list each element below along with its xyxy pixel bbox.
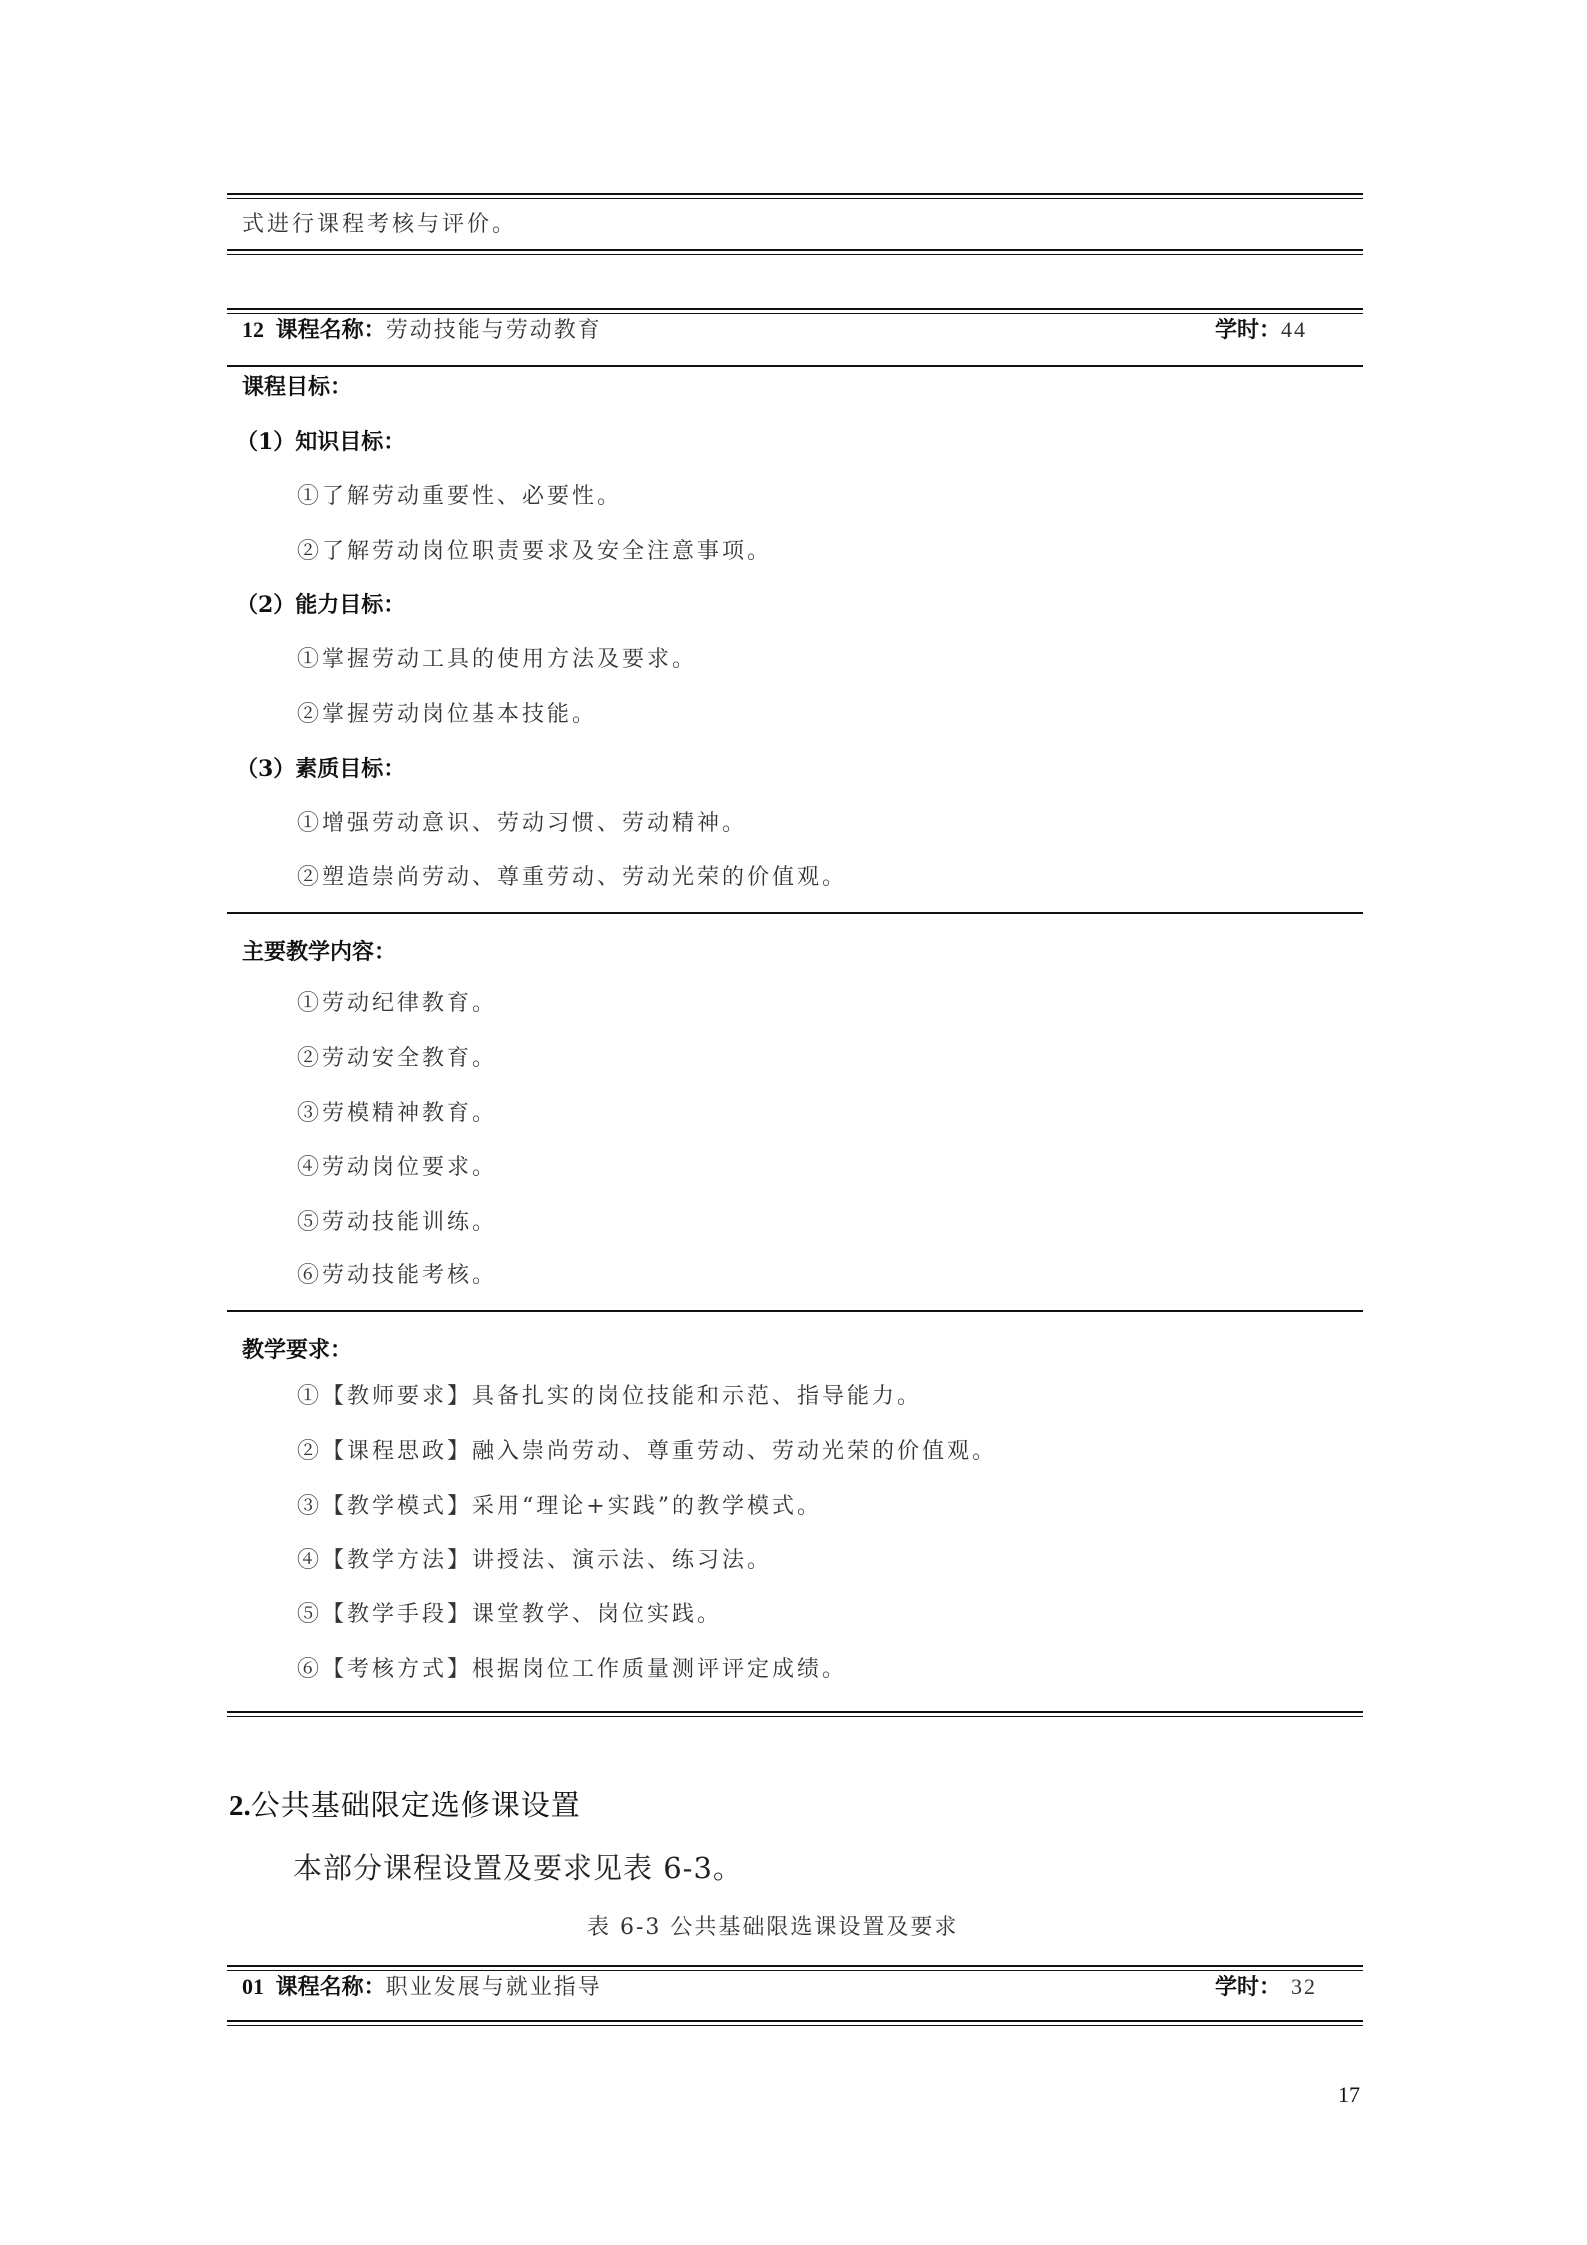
previous-course-tail-text: 式进行课程考核与评价。 [242, 211, 517, 239]
requirement-text: 具备扎实的岗位技能和示范、指导能力。 [472, 1384, 922, 1409]
table-top-rule [227, 193, 1363, 199]
requirement-text: 根据岗位工作质量测评评定成绩。 [472, 1657, 847, 1682]
course-name-label: 课程名称： [276, 317, 386, 343]
hours-label: 学时： [1215, 317, 1281, 343]
hours-label: 学时： [1215, 1974, 1281, 2000]
requirement-item: ⑥【考核方式】根据岗位工作质量测评评定成绩。 [297, 1656, 847, 1684]
content-item: ①劳动纪律教育。 [297, 990, 497, 1018]
course-01-top-rule [227, 1965, 1363, 1971]
objective-item: ①掌握劳动工具的使用方法及要求。 [297, 646, 697, 674]
course-name: 职业发展与就业指导 [386, 1975, 602, 2000]
course-name: 劳动技能与劳动教育 [386, 318, 602, 343]
content-item: ⑤劳动技能训练。 [297, 1209, 497, 1237]
requirement-tag: 【教师要求】 [322, 1384, 472, 1409]
objective-item: ②了解劳动岗位职责要求及安全注意事项。 [297, 538, 772, 566]
course-name-label: 课程名称： [276, 1974, 386, 2000]
page-number: 17 [1338, 2082, 1360, 2108]
section-heading: 2.公共基础限定选修课设置 [229, 1788, 581, 1823]
requirement-number: ④ [297, 1548, 322, 1573]
content-item: ③劳模精神教育。 [297, 1100, 497, 1128]
requirement-text: 讲授法、演示法、练习法。 [472, 1548, 772, 1573]
hours-value: 32 [1291, 1974, 1317, 1999]
requirement-number: ② [297, 1439, 322, 1464]
content-item: ⑥劳动技能考核。 [297, 1262, 497, 1290]
requirement-tag: 【教学方法】 [322, 1548, 472, 1573]
requirement-item: ⑤【教学手段】课堂教学、岗位实践。 [297, 1601, 722, 1629]
objective-item: ②塑造崇尚劳动、尊重劳动、劳动光荣的价值观。 [297, 864, 847, 892]
requirement-text: 融入崇尚劳动、尊重劳动、劳动光荣的价值观。 [472, 1439, 997, 1464]
objective-item: ①了解劳动重要性、必要性。 [297, 483, 622, 511]
table-caption: 表 6-3 公共基础限选课设置及要求 [587, 1914, 958, 1942]
objective-item: ①增强劳动意识、劳动习惯、劳动精神。 [297, 810, 747, 838]
course-01-header: 01 课程名称：职业发展与就业指导 [242, 1973, 602, 2002]
course-12-top-rule [227, 308, 1363, 314]
objectives-bottom-rule [227, 912, 1363, 914]
requirement-text: 采用“理论+实践”的教学模式。 [472, 1494, 822, 1519]
section-title: 公共基础限定选修课设置 [251, 1788, 581, 1822]
content-bottom-rule [227, 1310, 1363, 1312]
objective-item: ②掌握劳动岗位基本技能。 [297, 701, 597, 729]
requirement-number: ① [297, 1384, 322, 1409]
requirement-item: ④【教学方法】讲授法、演示法、练习法。 [297, 1547, 772, 1575]
content-item: ②劳动安全教育。 [297, 1045, 497, 1073]
requirements-title: 教学要求： [242, 1336, 352, 1364]
course-number: 01 [242, 1974, 264, 1999]
course-01-bottom-rule [227, 2020, 1363, 2026]
course-12-header-rule [227, 365, 1363, 367]
section-number: 2. [229, 1790, 251, 1822]
course-number: 12 [242, 317, 264, 342]
content-title: 主要教学内容： [242, 938, 396, 966]
objective-group-heading: （2）能力目标： [236, 591, 405, 619]
requirement-item: ②【课程思政】融入崇尚劳动、尊重劳动、劳动光荣的价值观。 [297, 1438, 997, 1466]
requirement-number: ⑥ [297, 1657, 322, 1682]
objectives-title: 课程目标： [242, 373, 352, 401]
requirement-tag: 【考核方式】 [322, 1657, 472, 1682]
requirement-tag: 【课程思政】 [322, 1439, 472, 1464]
course-12-hours: 学时：44 [1215, 316, 1307, 344]
requirement-number: ⑤ [297, 1602, 322, 1627]
requirement-tag: 【教学模式】 [322, 1494, 472, 1519]
hours-value: 44 [1281, 317, 1307, 342]
table-bottom-rule [227, 249, 1363, 255]
objective-group-heading: （3）素质目标： [236, 755, 405, 783]
requirement-item: ③【教学模式】采用“理论+实践”的教学模式。 [297, 1493, 822, 1521]
requirement-item: ①【教师要求】具备扎实的岗位技能和示范、指导能力。 [297, 1383, 922, 1411]
requirement-text: 课堂教学、岗位实践。 [472, 1602, 722, 1627]
course-12-header: 12 课程名称：劳动技能与劳动教育 [242, 316, 602, 345]
content-item: ④劳动岗位要求。 [297, 1154, 497, 1182]
requirement-tag: 【教学手段】 [322, 1602, 472, 1627]
objective-group-heading: （1）知识目标： [236, 428, 405, 456]
course-01-hours: 学时：32 [1215, 1973, 1317, 2001]
requirement-number: ③ [297, 1494, 322, 1519]
section-paragraph: 本部分课程设置及要求见表 6-3。 [293, 1851, 743, 1885]
course-12-bottom-rule [227, 1711, 1363, 1717]
